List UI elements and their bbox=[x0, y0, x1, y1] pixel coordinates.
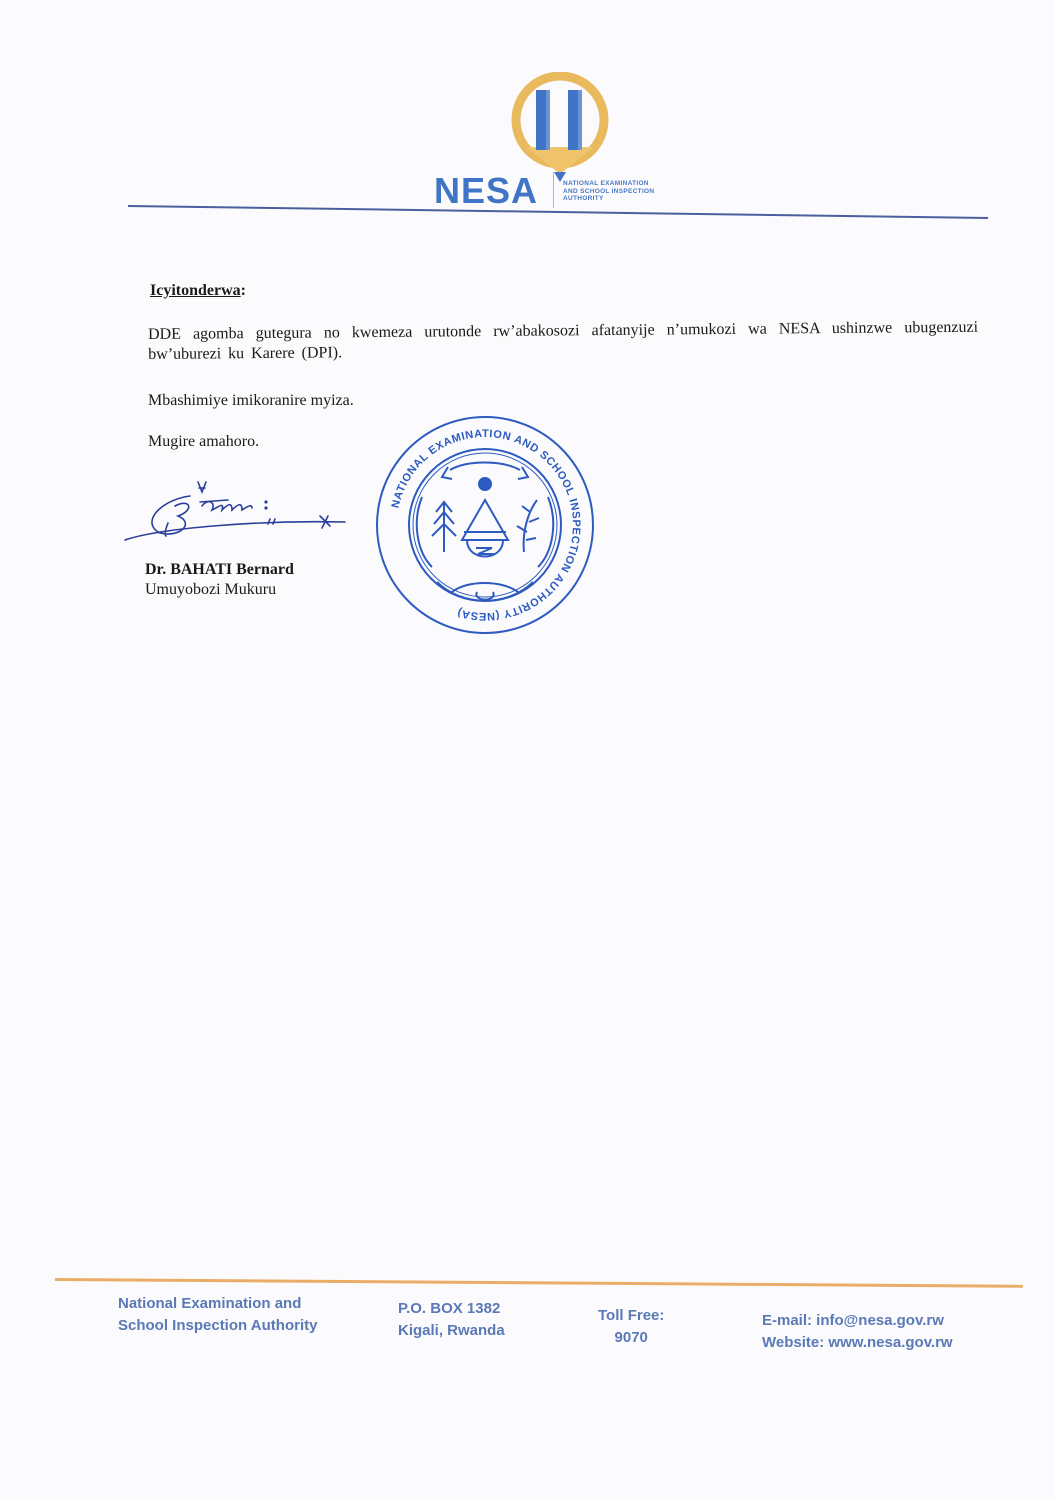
footer-contact: E-mail: info@nesa.gov.rw Website: www.ne… bbox=[762, 1310, 953, 1354]
footer-divider bbox=[55, 1278, 1023, 1288]
handwritten-signature-icon bbox=[120, 478, 350, 548]
thanks-line: Mbashimiye imikoranire myiza. bbox=[148, 392, 354, 410]
footer-organization: National Examination and School Inspecti… bbox=[118, 1293, 317, 1337]
logo-subtitle: NATIONAL EXAMINATION AND SCHOOL INSPECTI… bbox=[563, 180, 654, 203]
footer-website[interactable]: Website: www.nesa.gov.rw bbox=[762, 1332, 953, 1354]
signer-title: Umuyobozi Mukuru bbox=[145, 581, 276, 599]
closing-line: Mugire amahoro. bbox=[148, 433, 259, 451]
signer-name: Dr. BAHATI Bernard bbox=[145, 561, 294, 579]
footer-toll-free: Toll Free: 9070 bbox=[598, 1305, 664, 1349]
note-heading: Icyitonderwa: bbox=[150, 282, 246, 300]
footer-address: P.O. BOX 1382 Kigali, Rwanda bbox=[398, 1298, 505, 1342]
logo-separator bbox=[553, 172, 554, 208]
logo-wordmark: NESA bbox=[434, 170, 538, 212]
official-seal-icon: NATIONAL EXAMINATION AND SCHOOL INSPECTI… bbox=[372, 412, 598, 638]
footer-email[interactable]: E-mail: info@nesa.gov.rw bbox=[762, 1310, 953, 1332]
note-paragraph: DDE agomba gutegura no kwemeza urutonde … bbox=[148, 318, 978, 365]
